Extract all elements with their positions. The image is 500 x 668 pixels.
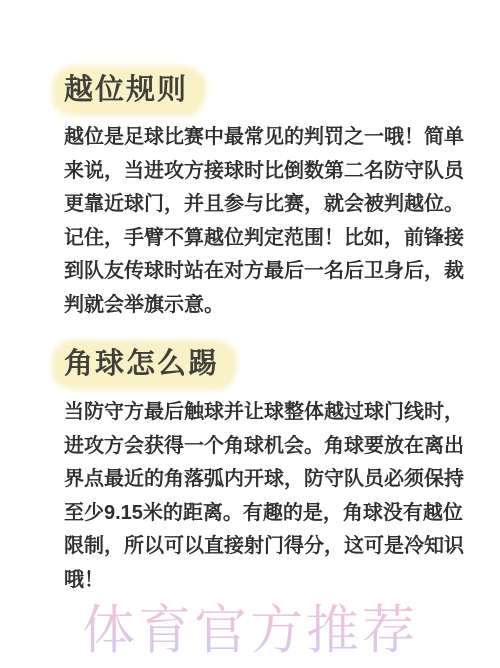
corner-kick-paragraph: 当防守方最后触球并让球整体越过球门线时， 进攻方会获得一个角球机会。角球要放在离… xyxy=(64,396,468,597)
corner-kick-heading: 角球怎么踢 xyxy=(56,344,233,386)
note-card: 越位规则 越位是足球比赛中最常见的判罚之一哦！简单 来说，当进攻方接球时比倒数第… xyxy=(0,0,500,668)
watermark-text: 体育官方推荐 xyxy=(0,588,500,664)
offside-rules-paragraph: 越位是足球比赛中最常见的判罚之一哦！简单 来说，当进攻方接球时比倒数第二名防守队… xyxy=(64,121,468,322)
offside-rules-heading: 越位规则 xyxy=(56,70,202,112)
section-corner-heading-wrap: 角球怎么踢 xyxy=(56,344,233,386)
section-offside-heading-wrap: 越位规则 xyxy=(56,70,202,112)
